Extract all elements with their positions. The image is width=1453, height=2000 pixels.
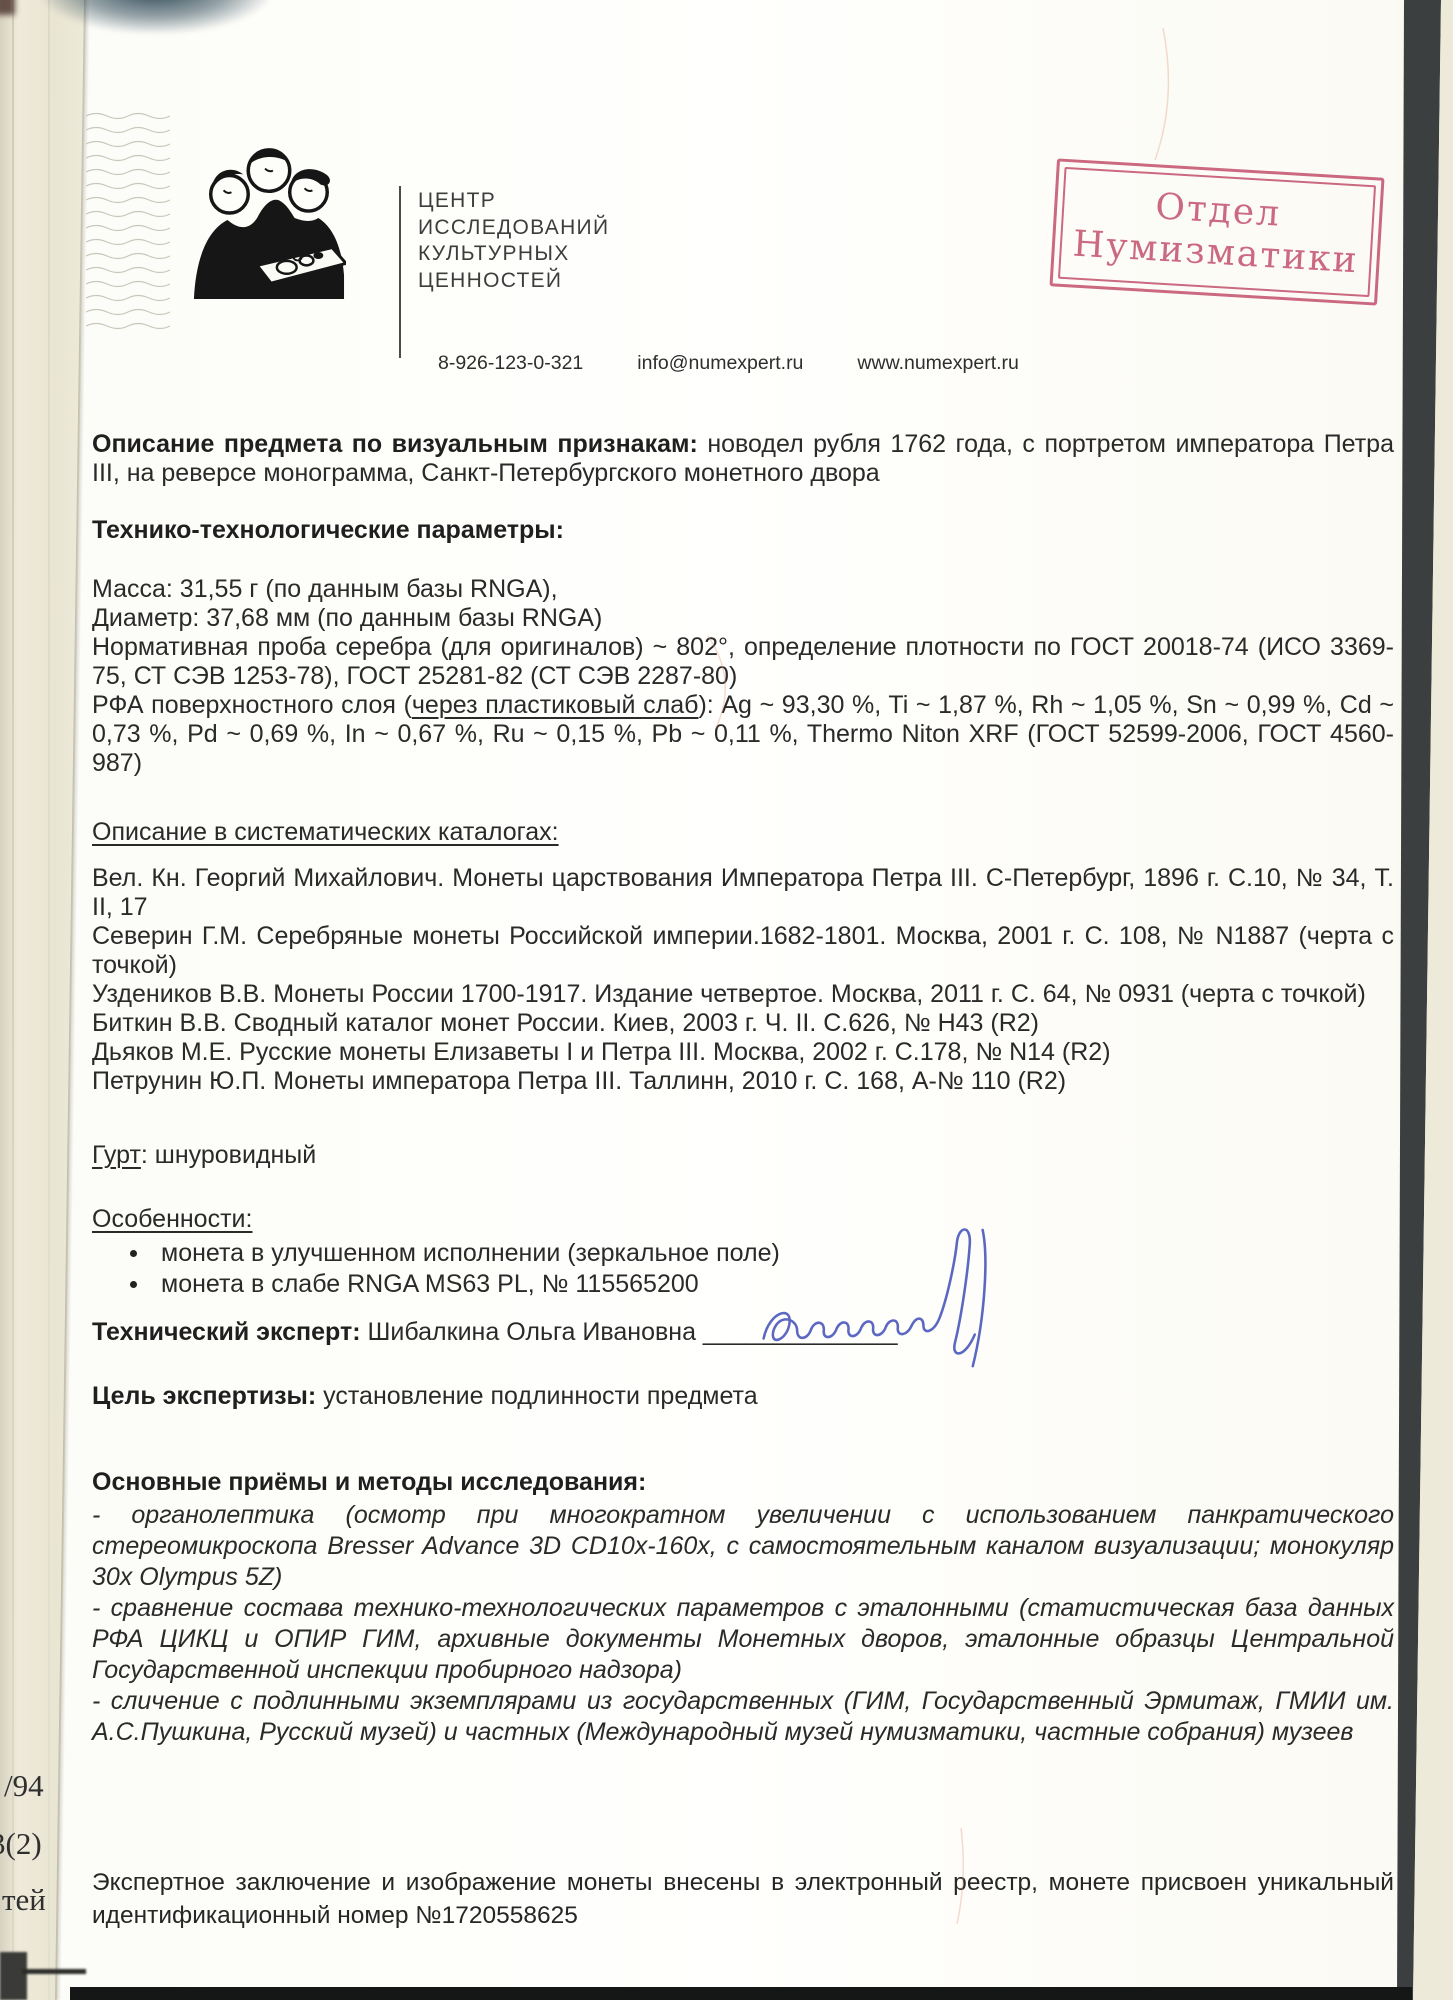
scanned-expertise-document: { "letterhead": { "org_lines": ["ЦЕНТР",…	[0, 0, 1453, 2000]
scan-scratch-marks	[0, 0, 1453, 2000]
